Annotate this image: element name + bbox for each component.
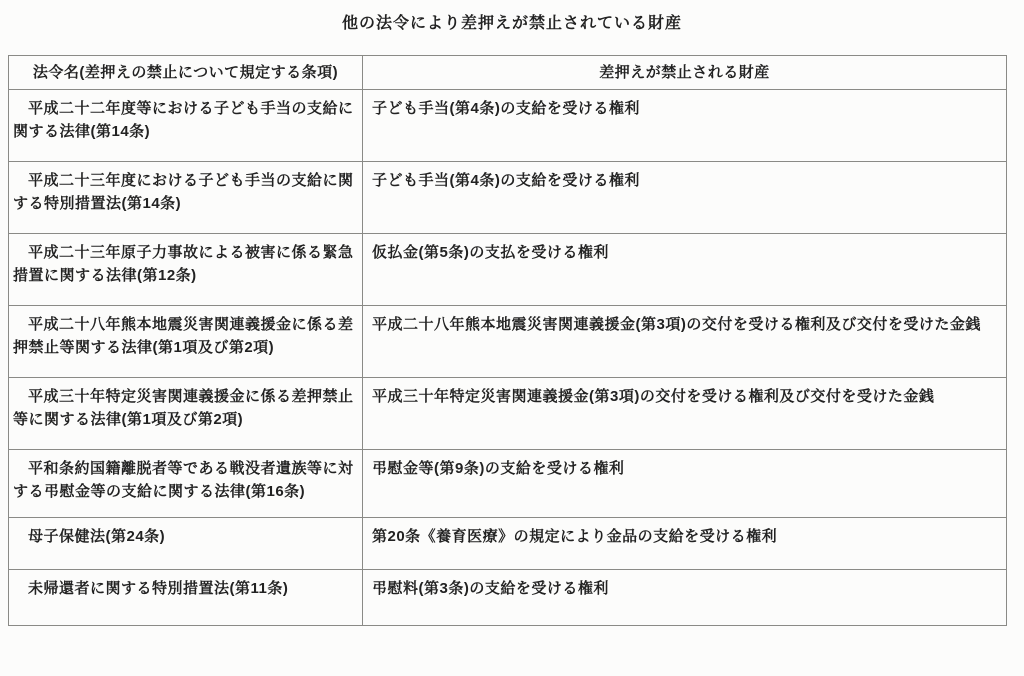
law-cell: 平和条約国籍離脱者等である戦没者遺族等に対する弔慰金等の支給に関する法律(第16… (9, 450, 363, 518)
property-cell: 仮払金(第5条)の支払を受ける権利 (363, 234, 1007, 306)
property-cell: 弔慰金等(第9条)の支給を受ける権利 (363, 450, 1007, 518)
table-row: 未帰還者に関する特別措置法(第11条) 弔慰料(第3条)の支給を受ける権利 (9, 570, 1007, 626)
law-cell: 平成二十三年原子力事故による被害に係る緊急措置に関する法律(第12条) (9, 234, 363, 306)
table-row: 平成三十年特定災害関連義援金に係る差押禁止等に関する法律(第1項及び第2項) 平… (9, 378, 1007, 450)
law-cell: 母子保健法(第24条) (9, 518, 363, 570)
property-cell: 第20条《養育医療》の規定により金品の支給を受ける権利 (363, 518, 1007, 570)
table-row: 平成二十八年熊本地震災害関連義援金に係る差押禁止等関する法律(第1項及び第2項)… (9, 306, 1007, 378)
property-cell: 子ども手当(第4条)の支給を受ける権利 (363, 90, 1007, 162)
property-cell: 平成三十年特定災害関連義援金(第3項)の交付を受ける権利及び交付を受けた金銭 (363, 378, 1007, 450)
law-cell: 未帰還者に関する特別措置法(第11条) (9, 570, 363, 626)
scanned-document-page: 他の法令により差押えが禁止されている財産 法令名(差押えの禁止について規定する条… (0, 0, 1024, 676)
property-cell: 子ども手当(第4条)の支給を受ける権利 (363, 162, 1007, 234)
law-cell: 平成二十三年度における子ども手当の支給に関する特別措置法(第14条) (9, 162, 363, 234)
law-cell: 平成二十二年度等における子ども手当の支給に関する法律(第14条) (9, 90, 363, 162)
property-cell: 弔慰料(第3条)の支給を受ける権利 (363, 570, 1007, 626)
header-prohibited-property: 差押えが禁止される財産 (363, 56, 1007, 90)
law-cell: 平成二十八年熊本地震災害関連義援金に係る差押禁止等関する法律(第1項及び第2項) (9, 306, 363, 378)
law-cell: 平成三十年特定災害関連義援金に係る差押禁止等に関する法律(第1項及び第2項) (9, 378, 363, 450)
table-row: 平和条約国籍離脱者等である戦没者遺族等に対する弔慰金等の支給に関する法律(第16… (9, 450, 1007, 518)
seizure-prohibition-table: 法令名(差押えの禁止について規定する条項) 差押えが禁止される財産 平成二十二年… (8, 55, 1007, 626)
table-row: 平成二十三年度における子ども手当の支給に関する特別措置法(第14条) 子ども手当… (9, 162, 1007, 234)
table-header-row: 法令名(差押えの禁止について規定する条項) 差押えが禁止される財産 (9, 56, 1007, 90)
property-cell: 平成二十八年熊本地震災害関連義援金(第3項)の交付を受ける権利及び交付を受けた金… (363, 306, 1007, 378)
table-row: 平成二十三年原子力事故による被害に係る緊急措置に関する法律(第12条) 仮払金(… (9, 234, 1007, 306)
document-title: 他の法令により差押えが禁止されている財産 (0, 10, 1024, 33)
table-row: 母子保健法(第24条) 第20条《養育医療》の規定により金品の支給を受ける権利 (9, 518, 1007, 570)
table-row: 平成二十二年度等における子ども手当の支給に関する法律(第14条) 子ども手当(第… (9, 90, 1007, 162)
header-law-name: 法令名(差押えの禁止について規定する条項) (9, 56, 363, 90)
